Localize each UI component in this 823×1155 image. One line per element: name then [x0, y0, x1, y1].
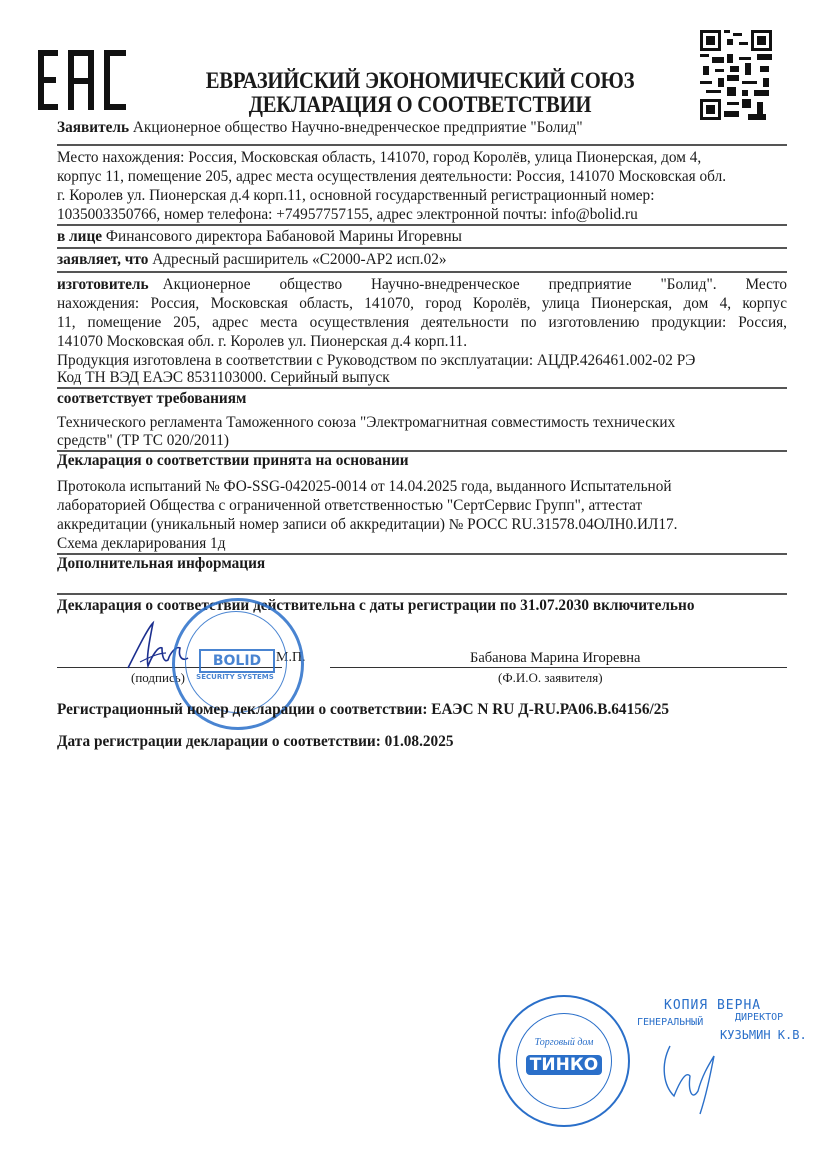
union-title: ЕВРАЗИЙСКИЙ ЭКОНОМИЧЕСКИЙ СОЮЗ	[177, 68, 663, 94]
tinko-top-text: Торговый дом	[530, 1037, 598, 1048]
divider	[57, 271, 787, 273]
tinko-logo: ТИНКО	[526, 1055, 602, 1075]
eac-logo	[36, 48, 128, 112]
copy-verified: КОПИЯ ВЕРНА	[664, 998, 761, 1013]
copy-signature-icon	[650, 1036, 730, 1116]
declares-row: заявляет, что Адресный расширитель «С200…	[57, 251, 447, 269]
applicant-row: Заявитель Акционерное общество Научно-вн…	[57, 119, 583, 137]
manufacturer-line: Акционерное общество Научно-внедренческо…	[163, 276, 787, 294]
represented-by-value: Финансового директора Бабановой Марины И…	[102, 228, 462, 245]
product-doc: Продукция изготовлена в соответствии с Р…	[57, 352, 695, 370]
basis-line: лабораторией Общества с ограниченной отв…	[57, 497, 642, 515]
qr-code-icon	[700, 30, 772, 120]
basis-line: Схема декларирования 1д	[57, 535, 225, 553]
basis-line: аккредитации (уникальный номер записи об…	[57, 516, 678, 534]
registration-date: 01.08.2025	[381, 733, 454, 750]
registration-date-row: Дата регистрации декларации о соответств…	[57, 733, 454, 751]
tinko-stamp: Торговый дом ТИНКО	[498, 995, 630, 1127]
basis-line: Протокола испытаний № ФО-SSG-042025-0014…	[57, 478, 672, 496]
represented-by-label: в лице	[57, 228, 102, 245]
manufacturer-label: изготовитель	[57, 276, 149, 294]
applicant-value: Акционерное общество Научно-внедренческо…	[129, 119, 583, 136]
copy-position: ДИРЕКТОР	[735, 1012, 783, 1023]
bolid-logo: BOLID	[199, 649, 275, 673]
manufacturer-line: 11, помещение 205, адрес места осуществл…	[57, 314, 787, 332]
declares-label: заявляет, что	[57, 251, 148, 268]
product-name: Адресный расширитель «С2000-АР2 исп.02»	[148, 251, 446, 268]
manufacturer-row: изготовитель Акционерное общество Научно…	[57, 276, 787, 294]
location-line: г. Королев ул. Пионерская д.4 корп.11, о…	[57, 187, 654, 205]
registration-number: ЕАЭС N RU Д-RU.РА06.В.64156/25	[427, 701, 669, 718]
requirements-line: средств" (ТР ТС 020/2011)	[57, 432, 229, 450]
registration-number-label: Регистрационный номер декларации о соотв…	[57, 701, 427, 718]
tn-ved-code: Код ТН ВЭД ЕАЭС 8531103000. Серийный вып…	[57, 369, 390, 387]
bolid-subtitle: SECURITY SYSTEMS	[193, 673, 277, 681]
additional-info-label: Дополнительная информация	[57, 555, 265, 573]
copy-signer: КУЗЬМИН К.В.	[720, 1028, 807, 1042]
name-caption: (Ф.И.О. заявителя)	[498, 670, 603, 686]
copy-position: ГЕНЕРАЛЬНЫЙ	[637, 1017, 703, 1028]
document-title: ДЕКЛАРАЦИЯ О СООТВЕТСТВИИ	[177, 92, 663, 118]
applicant-name: Бабанова Марина Игоревна	[470, 650, 641, 667]
validity-statement: Декларация о соответствии действительна …	[57, 597, 695, 615]
manufacturer-line: 141070 Московская обл. г. Королев ул. Пи…	[57, 333, 467, 351]
registration-number-row: Регистрационный номер декларации о соотв…	[57, 701, 669, 719]
represented-by-row: в лице Финансового директора Бабановой М…	[57, 228, 462, 246]
manufacturer-line: нахождения: Россия, Московская область, …	[57, 295, 787, 313]
divider	[57, 144, 787, 146]
eac-mark-icon	[36, 48, 128, 112]
location-line: 1035003350766, номер телефона: +74957757…	[57, 206, 638, 224]
divider	[57, 387, 787, 389]
registration-date-label: Дата регистрации декларации о соответств…	[57, 733, 381, 750]
requirements-line: Технического регламента Таможенного союз…	[57, 414, 675, 432]
divider	[57, 247, 787, 249]
location-line: Место нахождения: Россия, Московская обл…	[57, 149, 701, 167]
divider	[57, 593, 787, 595]
requirements-label: соответствует требованиям	[57, 390, 246, 408]
applicant-label: Заявитель	[57, 119, 129, 136]
divider	[57, 224, 787, 226]
basis-label: Декларация о соответствии принята на осн…	[57, 452, 409, 470]
name-line	[330, 667, 787, 668]
location-line: корпус 11, помещение 205, адрес места ос…	[57, 168, 726, 186]
